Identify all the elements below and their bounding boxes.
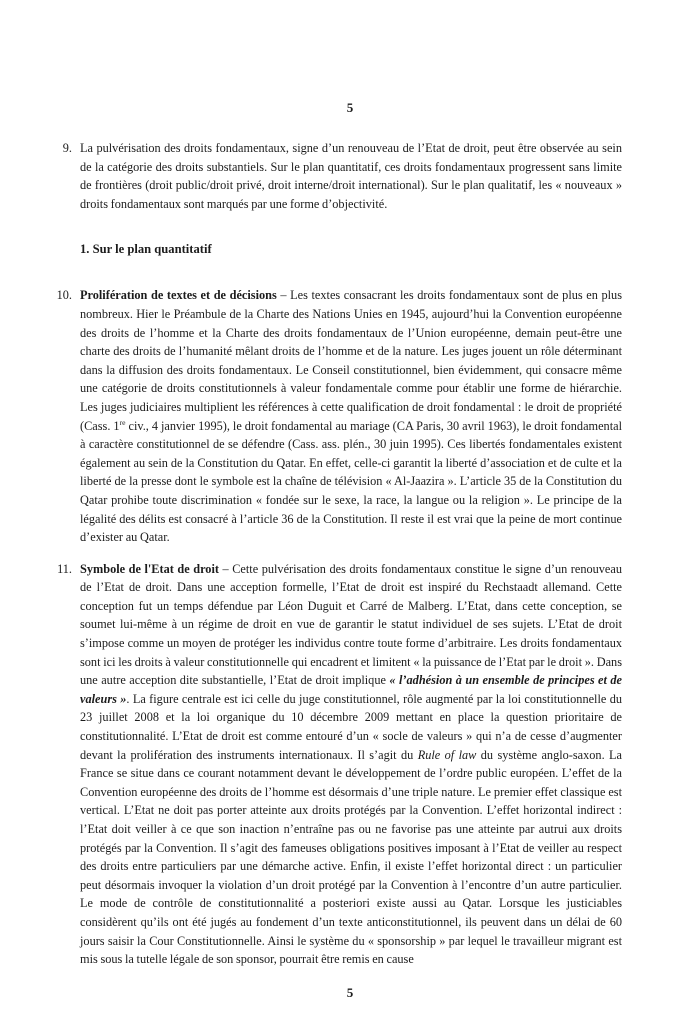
document-page: 5 9. La pulvérisation des droits fondame… (0, 0, 700, 1028)
paragraph-9: 9. La pulvérisation des droits fondament… (80, 139, 622, 213)
paragraph-9-number: 9. (63, 139, 72, 158)
document-body: 9. La pulvérisation des droits fondament… (80, 139, 622, 969)
paragraph-10: 10. Prolifération de textes et de décisi… (80, 286, 622, 546)
section-heading-quantitatif: 1. Sur le plan quantitatif (80, 240, 622, 258)
paragraph-10-text: Prolifération de textes et de décisions … (80, 288, 622, 544)
paragraph-10-number: 10. (57, 286, 72, 305)
paragraph-9-text: La pulvérisation des droits fondamentaux… (80, 141, 622, 211)
paragraph-11-number: 11. (57, 560, 72, 579)
paragraph-11: 11. Symbole de l'Etat de droit – Cette p… (80, 560, 622, 969)
footer-page-number: 5 (0, 984, 700, 1001)
header-page-number: 5 (0, 0, 700, 116)
paragraph-11-text: Symbole de l'Etat de droit – Cette pulvé… (80, 562, 622, 966)
